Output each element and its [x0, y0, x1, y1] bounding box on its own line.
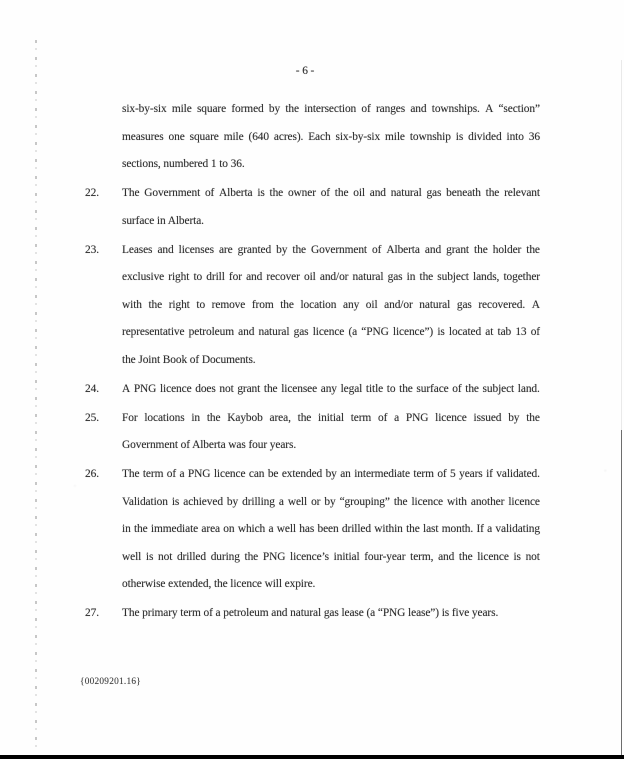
- word: to: [387, 376, 396, 404]
- word: divided: [468, 124, 501, 152]
- word: if: [486, 461, 493, 489]
- word: or: [311, 489, 320, 517]
- word: the: [285, 96, 299, 124]
- paragraph-text: ThetermofaPNGlicencecanbeextendedbyanint…: [122, 461, 540, 599]
- paragraph-line: surface in Alberta.: [122, 208, 540, 236]
- word: PNG: [406, 405, 429, 433]
- word: A: [532, 292, 540, 320]
- word: can: [249, 461, 265, 489]
- word: the: [298, 405, 312, 433]
- word: mile: [224, 124, 244, 152]
- word: is: [146, 544, 153, 572]
- word: which: [238, 516, 265, 544]
- word: (640: [249, 124, 269, 152]
- word: right: [168, 264, 189, 292]
- word: remove: [212, 292, 246, 320]
- paragraph: 26.ThetermofaPNGlicencecanbeextendedbyan…: [85, 461, 540, 599]
- word: natural: [391, 180, 422, 208]
- word: Validation: [122, 489, 168, 517]
- word: subject: [483, 376, 515, 404]
- word: the: [394, 489, 408, 517]
- word: be: [268, 461, 279, 489]
- word: Government: [144, 180, 200, 208]
- word: licenses: [179, 237, 214, 265]
- word: beneath: [446, 180, 481, 208]
- word: Kaybob: [227, 405, 262, 433]
- scan-artifact-right-edge: [621, 430, 622, 756]
- word: and/or: [320, 264, 349, 292]
- word: acres).: [274, 124, 303, 152]
- word: “grouping”: [340, 489, 390, 517]
- word: The: [122, 461, 139, 489]
- word: gas: [457, 292, 472, 320]
- word: “PNG: [361, 319, 388, 347]
- paragraph-line: intheimmediateareaonwhichawellhasbeendri…: [122, 516, 540, 544]
- word: representative: [122, 319, 184, 347]
- paragraph-text: six-by-sixmilesquareformedbytheintersect…: [122, 96, 540, 179]
- word: licence: [313, 319, 345, 347]
- word: on: [223, 516, 234, 544]
- word: 5: [450, 461, 456, 489]
- word: initial: [318, 405, 344, 433]
- word: the: [459, 544, 473, 572]
- word: issued: [474, 405, 502, 433]
- word: mile: [385, 124, 405, 152]
- paragraph-line: wellisnotdrilledduringthePNGlicence’sini…: [122, 544, 540, 572]
- word: and: [157, 237, 173, 265]
- word: six-by-six: [336, 124, 381, 152]
- word: the: [335, 180, 349, 208]
- word: owner: [288, 180, 316, 208]
- word: are: [219, 237, 233, 265]
- word: with: [122, 292, 142, 320]
- word: measures: [122, 124, 164, 152]
- paragraph: 27.The primary term of a petroleum and n…: [85, 600, 540, 628]
- word: oil: [304, 264, 316, 292]
- word: formed: [231, 96, 263, 124]
- word: well: [122, 544, 141, 572]
- paragraph-text: APNGlicencedoesnotgrantthelicenseeanyleg…: [122, 376, 540, 404]
- word: gas: [388, 264, 403, 292]
- word: validated.: [496, 461, 540, 489]
- word: square: [197, 96, 226, 124]
- paragraph-number: 26.: [85, 461, 99, 489]
- paragraph-number: 25.: [85, 405, 99, 433]
- paragraph-line: TheGovernmentofAlbertaistheowneroftheoil…: [122, 180, 540, 208]
- word: licence: [508, 489, 540, 517]
- word: in: [407, 264, 416, 292]
- word: square: [190, 124, 219, 152]
- word: intermediate: [354, 461, 410, 489]
- paragraph-line: exclusiverighttodrillforandrecoveroiland…: [122, 264, 540, 292]
- word: and: [238, 319, 254, 347]
- word: not: [158, 544, 172, 572]
- word: is: [437, 319, 444, 347]
- paragraph-line: The primary term of a petroleum and natu…: [122, 600, 540, 628]
- word: 36: [529, 124, 540, 152]
- paragraph-number: 27.: [85, 600, 99, 628]
- document-body: - 6 - six-by-sixmilesquareformedbytheint…: [85, 58, 540, 629]
- paragraph-text: The primary term of a petroleum and natu…: [122, 600, 540, 628]
- word: Government: [311, 237, 367, 265]
- word: recovered.: [478, 292, 525, 320]
- word: For: [122, 405, 138, 433]
- word: the: [399, 376, 413, 404]
- word: locations: [144, 405, 184, 433]
- word: PNG: [188, 461, 211, 489]
- word: by: [269, 96, 280, 124]
- word: drilled: [342, 516, 371, 544]
- word: land.: [518, 376, 540, 404]
- paragraph-text: LeasesandlicensesaregrantedbytheGovernme…: [122, 237, 540, 375]
- word: area,: [270, 405, 291, 433]
- paragraph-line: the Joint Book of Documents.: [122, 347, 540, 375]
- word: an: [340, 461, 351, 489]
- word: the: [292, 237, 306, 265]
- word: is: [513, 544, 520, 572]
- paragraph: six-by-sixmilesquareformedbytheintersect…: [85, 96, 540, 179]
- word: a: [394, 405, 399, 433]
- word: been: [317, 516, 338, 544]
- word: natural: [419, 292, 450, 320]
- word: of: [531, 319, 540, 347]
- word: the: [148, 292, 162, 320]
- word: the: [134, 516, 148, 544]
- word: the: [526, 237, 540, 265]
- word: a: [268, 516, 273, 544]
- paragraph: 22.TheGovernmentofAlbertaistheownerofthe…: [85, 180, 540, 235]
- paragraph-number: 24.: [85, 376, 99, 404]
- scan-artifact-bottom-bar: [0, 755, 624, 759]
- word: any: [321, 376, 337, 404]
- word: A: [122, 376, 130, 404]
- word: oil: [366, 292, 378, 320]
- scan-artifact-right-edge-faint: [621, 60, 622, 430]
- word: (a: [348, 319, 357, 347]
- paragraph: 23.LeasesandlicensesaregrantedbytheGover…: [85, 237, 540, 375]
- paragraph-text: TheGovernmentofAlbertaistheowneroftheoil…: [122, 180, 540, 235]
- word: tab: [498, 319, 512, 347]
- word: grant: [446, 237, 469, 265]
- word: of: [378, 405, 387, 433]
- word: has: [299, 516, 314, 544]
- word: of: [205, 180, 214, 208]
- word: a: [180, 461, 185, 489]
- word: grant: [237, 376, 260, 404]
- word: initial: [334, 544, 360, 572]
- word: townships.: [432, 96, 480, 124]
- word: four-year: [364, 544, 405, 572]
- paragraph-text: ForlocationsintheKaybobarea,theinitialte…: [122, 405, 540, 460]
- word: licence: [214, 461, 246, 489]
- word: together: [503, 264, 540, 292]
- page-number: - 6 -: [96, 58, 514, 86]
- word: the: [526, 405, 540, 433]
- footer-doc-id: {00209201.16}: [80, 677, 141, 687]
- word: The: [122, 180, 139, 208]
- word: exclusive: [122, 264, 164, 292]
- word: term: [413, 461, 433, 489]
- word: township: [410, 124, 451, 152]
- word: in: [122, 516, 131, 544]
- word: of: [321, 180, 330, 208]
- word: granted: [238, 237, 271, 265]
- word: for: [229, 264, 242, 292]
- paragraph-line: six-by-sixmilesquareformedbytheintersect…: [122, 96, 540, 124]
- word: and: [438, 544, 454, 572]
- word: years: [459, 461, 483, 489]
- word: term: [143, 461, 163, 489]
- paragraph-line: APNGlicencedoesnotgrantthelicenseeanyleg…: [122, 376, 540, 404]
- paragraph-line: Validationisachievedbydrillingawellorby“…: [122, 489, 540, 517]
- word: is: [257, 180, 264, 208]
- word: does: [195, 376, 215, 404]
- paragraph-line: representativepetroleumandnaturalgaslice…: [122, 319, 540, 347]
- paragraph-number: 22.: [85, 180, 99, 208]
- word: in: [191, 405, 200, 433]
- word: A: [485, 96, 493, 124]
- word: licence”): [393, 319, 433, 347]
- word: licence: [411, 489, 443, 517]
- document-page: - 6 - six-by-sixmilesquareformedbytheint…: [0, 0, 624, 759]
- word: 13: [515, 319, 526, 347]
- word: “section”: [498, 96, 539, 124]
- word: one: [169, 124, 185, 152]
- word: with: [447, 489, 467, 517]
- paragraph: 25.ForlocationsintheKaybobarea,theinitia…: [85, 405, 540, 460]
- word: the: [420, 264, 434, 292]
- word: petroleum: [189, 319, 234, 347]
- word: during: [211, 544, 240, 572]
- word: holder: [493, 237, 522, 265]
- word: from: [252, 292, 274, 320]
- word: and: [246, 264, 262, 292]
- word: PNG: [134, 376, 157, 404]
- paragraph: 24.APNGlicencedoesnotgrantthelicenseeany…: [85, 376, 540, 404]
- word: of: [452, 376, 461, 404]
- word: recover: [266, 264, 299, 292]
- word: and: [370, 180, 386, 208]
- word: surface: [416, 376, 448, 404]
- word: at: [485, 319, 493, 347]
- word: PNG: [263, 544, 286, 572]
- word: into: [507, 124, 524, 152]
- word: Alberta: [219, 180, 252, 208]
- word: gas: [426, 180, 441, 208]
- word: oil: [353, 180, 365, 208]
- word: licence: [160, 376, 192, 404]
- paragraph-line: sections, numbered 1 to 36.: [122, 151, 540, 179]
- paragraph-line: ForlocationsintheKaybobarea,theinitialte…: [122, 405, 540, 433]
- paragraph-line: ThetermofaPNGlicencecanbeextendedbyanint…: [122, 461, 540, 489]
- word: Alberta: [386, 237, 419, 265]
- word: and: [425, 237, 441, 265]
- scan-artifact-left-margin: [35, 40, 37, 752]
- word: well: [288, 489, 307, 517]
- word: the: [245, 544, 259, 572]
- paragraph-number: 23.: [85, 237, 99, 265]
- word: location: [300, 292, 336, 320]
- word: of: [167, 461, 176, 489]
- word: by: [508, 405, 519, 433]
- paragraph-line: Government of Alberta was four years.: [122, 432, 540, 460]
- word: a: [487, 516, 492, 544]
- word: Each: [308, 124, 330, 152]
- word: the: [280, 292, 294, 320]
- word: located: [449, 319, 481, 347]
- word: licence: [435, 405, 467, 433]
- paragraph-line: otherwise extended, the licence will exp…: [122, 571, 540, 599]
- word: gas: [294, 319, 309, 347]
- word: within: [374, 516, 403, 544]
- word: is: [172, 489, 179, 517]
- word: the: [207, 405, 221, 433]
- word: extended: [282, 461, 322, 489]
- word: natural: [353, 264, 384, 292]
- word: legal: [341, 376, 363, 404]
- paragraph-line: measuresonesquaremile(640acres).Eachsix-…: [122, 124, 540, 152]
- word: last: [423, 516, 438, 544]
- word: by: [326, 461, 337, 489]
- word: term: [351, 405, 371, 433]
- word: the: [264, 376, 278, 404]
- word: of: [361, 96, 370, 124]
- word: not: [219, 376, 233, 404]
- word: the: [465, 376, 479, 404]
- word: achieved: [183, 489, 223, 517]
- word: month.: [442, 516, 473, 544]
- paragraph-line: withtherighttoremovefromthelocationanyoi…: [122, 292, 540, 320]
- word: intersection: [304, 96, 356, 124]
- word: any: [343, 292, 359, 320]
- word: drill: [206, 264, 224, 292]
- word: by: [276, 237, 287, 265]
- word: the: [486, 180, 500, 208]
- word: licence’s: [290, 544, 329, 572]
- word: well: [277, 516, 296, 544]
- word: validating: [495, 516, 540, 544]
- word: If: [476, 516, 483, 544]
- word: six-by-six: [122, 96, 167, 124]
- word: licence: [477, 544, 509, 572]
- word: drilled: [177, 544, 206, 572]
- word: natural: [258, 319, 289, 347]
- word: of: [437, 461, 446, 489]
- word: subject: [437, 264, 469, 292]
- word: by: [227, 489, 238, 517]
- word: and: [410, 96, 426, 124]
- word: Leases: [122, 237, 152, 265]
- word: to: [196, 292, 205, 320]
- word: title: [366, 376, 383, 404]
- word: the: [474, 237, 488, 265]
- word: a: [279, 489, 284, 517]
- word: immediate: [151, 516, 198, 544]
- word: to: [193, 264, 202, 292]
- word: the: [406, 516, 420, 544]
- word: of: [372, 237, 381, 265]
- word: relevant: [504, 180, 540, 208]
- word: and/or: [384, 292, 413, 320]
- word: by: [324, 489, 335, 517]
- word: ranges: [376, 96, 405, 124]
- paragraph-list: six-by-sixmilesquareformedbytheintersect…: [85, 96, 540, 628]
- word: term,: [410, 544, 433, 572]
- word: another: [471, 489, 504, 517]
- word: right: [169, 292, 190, 320]
- word: area: [201, 516, 220, 544]
- word: mile: [172, 96, 192, 124]
- paragraph-line: LeasesandlicensesaregrantedbytheGovernme…: [122, 237, 540, 265]
- word: lands,: [473, 264, 499, 292]
- word: is: [456, 124, 463, 152]
- word: the: [270, 180, 284, 208]
- word: licensee: [281, 376, 317, 404]
- word: not: [526, 544, 540, 572]
- word: drilling: [242, 489, 275, 517]
